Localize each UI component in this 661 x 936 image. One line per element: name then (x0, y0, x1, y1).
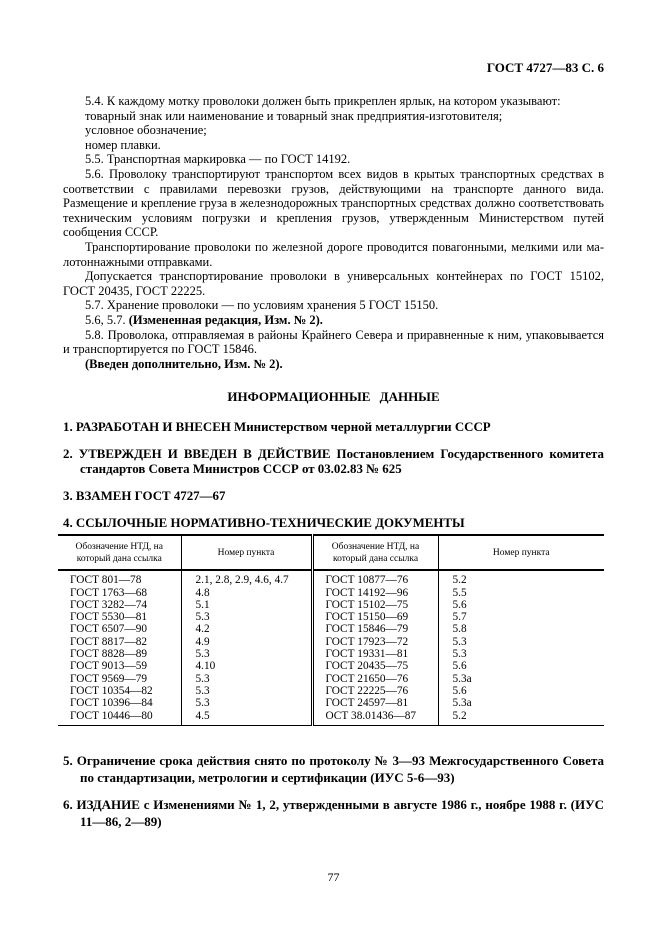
cell-ntd: ГОСТ 19331—81 (312, 648, 438, 660)
cell-punkt: 5.3 (438, 648, 604, 660)
para-5-4-item-1: товарный знак или наименование и товарны… (63, 109, 604, 124)
table-row: ГОСТ 3282—74 5.1 ГОСТ 15102—75 5.6 (58, 599, 604, 611)
para-5-4-item-2: условное обозначение; (63, 123, 604, 138)
amendment-note: (Измененная редакция, Изм. № 2). (129, 313, 323, 327)
cell-ntd: ГОСТ 15846—79 (312, 623, 438, 635)
info-item-5-number: 5. (63, 753, 73, 768)
table-header-row: Обозначение НТД, на который дана ссылка … (58, 535, 604, 570)
cell-punkt: 5.3 (181, 673, 312, 685)
cell-punkt: 5.3 (181, 685, 312, 697)
table-row: ГОСТ 10446—80 4.5 ОСТ 38.01436—87 5.2 (58, 710, 604, 726)
cell-punkt: 5.2 (438, 710, 604, 726)
cell-ntd: ГОСТ 22225—76 (312, 685, 438, 697)
info-item-2-text: УТВЕРЖДЕН И ВВЕДЕН В ДЕЙСТВИЕ Постановле… (79, 447, 604, 476)
cell-ntd: ГОСТ 9013—59 (58, 660, 181, 672)
table-row: ГОСТ 6507—90 4.2 ГОСТ 15846—79 5.8 (58, 623, 604, 635)
cell-ntd: ГОСТ 8817—82 (58, 636, 181, 648)
cell-punkt: 4.5 (181, 710, 312, 726)
info-item-1-text: РАЗРАБОТАН И ВНЕСЕН Министерством черной… (76, 420, 491, 434)
para-5-8: 5.8. Проволока, отправляемая в районы Кр… (63, 328, 604, 357)
cell-punkt: 5.6 (438, 599, 604, 611)
cell-ntd: ГОСТ 1763—68 (58, 587, 181, 599)
info-item-4-number: 4. (63, 516, 73, 530)
page-number: 77 (63, 870, 604, 885)
info-item-4-text: ССЫЛОЧНЫЕ НОРМАТИВНО-ТЕХНИЧЕСКИЕ ДОКУМЕН… (76, 516, 465, 530)
table-row: ГОСТ 801—78 2.1, 2.8, 2.9, 4.6, 4.7 ГОСТ… (58, 570, 604, 586)
para-5-6-containers: Допускается транспортирование проволоки … (63, 269, 604, 298)
info-item-3-number: 3. (63, 489, 73, 503)
header-punkt-right: Номер пункта (438, 535, 604, 570)
table-row: ГОСТ 9569—79 5.3 ГОСТ 21650—76 5.3а (58, 673, 604, 685)
table-row: ГОСТ 8817—82 4.9 ГОСТ 17923—72 5.3 (58, 636, 604, 648)
cell-punkt: 4.2 (181, 623, 312, 635)
table-body: ГОСТ 801—78 2.1, 2.8, 2.9, 4.6, 4.7 ГОСТ… (58, 570, 604, 725)
cell-punkt: 5.3 (181, 697, 312, 709)
cell-ntd: ГОСТ 17923—72 (312, 636, 438, 648)
info-item-2: 2. УТВЕРЖДЕН И ВВЕДЕН В ДЕЙСТВИЕ Постано… (63, 447, 604, 477)
cell-ntd: ГОСТ 5530—81 (58, 611, 181, 623)
cell-punkt: 5.3а (438, 697, 604, 709)
cell-ntd: ГОСТ 3282—74 (58, 599, 181, 611)
cell-punkt: 5.1 (181, 599, 312, 611)
cell-punkt: 5.3а (438, 673, 604, 685)
info-item-2-number: 2. (63, 447, 73, 461)
cell-punkt: 5.5 (438, 587, 604, 599)
table-row: ГОСТ 5530—81 5.3 ГОСТ 15150—69 5.7 (58, 611, 604, 623)
para-5-8-note: (Введен дополнительно, Изм. № 2). (63, 357, 604, 372)
cell-ntd: ГОСТ 10396—84 (58, 697, 181, 709)
info-item-6-number: 6. (63, 797, 73, 812)
cell-punkt: 5.3 (181, 648, 312, 660)
info-data-heading: ИНФОРМАЦИОННЫЕ ДАННЫЕ (63, 389, 604, 404)
cell-ntd: ГОСТ 10354—82 (58, 685, 181, 697)
table-row: ГОСТ 9013—59 4.10 ГОСТ 20435—75 5.6 (58, 660, 604, 672)
cell-ntd: ГОСТ 20435—75 (312, 660, 438, 672)
cell-punkt: 4.8 (181, 587, 312, 599)
cell-punkt: 5.3 (438, 636, 604, 648)
info-item-4: 4. ССЫЛОЧНЫЕ НОРМАТИВНО-ТЕХНИЧЕСКИЕ ДОКУ… (63, 516, 604, 531)
para-5-4-item-3: номер плавки. (63, 138, 604, 153)
cell-ntd: ГОСТ 21650—76 (312, 673, 438, 685)
cell-punkt: 5.8 (438, 623, 604, 635)
para-5-7: 5.7. Хранение проволоки — по условиям хр… (63, 298, 604, 313)
cell-punkt: 5.3 (181, 611, 312, 623)
para-5-5: 5.5. Транспортная маркировка — по ГОСТ 1… (63, 152, 604, 167)
cell-ntd: ГОСТ 6507—90 (58, 623, 181, 635)
cell-ntd: ГОСТ 15102—75 (312, 599, 438, 611)
header-ntd-left: Обозначение НТД, на который дана ссылка (58, 535, 181, 570)
para-5-6: 5.6. Проволоку транспортируют транспорто… (63, 167, 604, 240)
para-5-4: 5.4. К каждому мотку проволоки должен бы… (63, 94, 604, 109)
document-page: ГОСТ 4727—83 С. 6 5.4. К каждому мотку п… (0, 0, 661, 936)
reference-documents-table: Обозначение НТД, на который дана ссылка … (58, 534, 604, 726)
info-item-6: 6. ИЗДАНИЕ с Изменениями № 1, 2, утвержд… (63, 796, 604, 830)
cell-punkt: 5.6 (438, 660, 604, 672)
cell-ntd: ГОСТ 24597—81 (312, 697, 438, 709)
cell-ntd: ОСТ 38.01436—87 (312, 710, 438, 726)
cell-punkt: 5.7 (438, 611, 604, 623)
info-item-1-number: 1. (63, 420, 73, 434)
table-row: ГОСТ 10396—84 5.3 ГОСТ 24597—81 5.3а (58, 697, 604, 709)
info-item-3: 3. ВЗАМЕН ГОСТ 4727—67 (63, 489, 604, 504)
cell-ntd: ГОСТ 8828—89 (58, 648, 181, 660)
table-row: ГОСТ 1763—68 4.8 ГОСТ 14192—96 5.5 (58, 587, 604, 599)
cell-punkt: 5.6 (438, 685, 604, 697)
amendment-prefix: 5.6, 5.7. (85, 313, 129, 327)
cell-ntd: ГОСТ 10446—80 (58, 710, 181, 726)
info-item-6-text: ИЗДАНИЕ с Изменениями № 1, 2, утвержденн… (77, 797, 604, 829)
info-item-5-text: Ограничение срока действия снято по прот… (77, 753, 604, 785)
cell-ntd: ГОСТ 9569—79 (58, 673, 181, 685)
table-row: ГОСТ 8828—89 5.3 ГОСТ 19331—81 5.3 (58, 648, 604, 660)
table-header: Обозначение НТД, на который дана ссылка … (58, 535, 604, 570)
running-header: ГОСТ 4727—83 С. 6 (63, 61, 604, 75)
cell-punkt: 4.10 (181, 660, 312, 672)
cell-punkt: 2.1, 2.8, 2.9, 4.6, 4.7 (181, 570, 312, 586)
header-punkt-left: Номер пункта (181, 535, 312, 570)
cell-ntd: ГОСТ 801—78 (58, 570, 181, 586)
para-5-6-rail: Транспортирование проволоки по железной … (63, 240, 604, 269)
table-row: ГОСТ 10354—82 5.3 ГОСТ 22225—76 5.6 (58, 685, 604, 697)
header-ntd-right: Обозначение НТД, на который дана ссылка (312, 535, 438, 570)
section-5-text: 5.4. К каждому мотку проволоки должен бы… (63, 94, 604, 371)
cell-ntd: ГОСТ 15150—69 (312, 611, 438, 623)
info-item-1: 1. РАЗРАБОТАН И ВНЕСЕН Министерством чер… (63, 420, 604, 435)
cell-ntd: ГОСТ 10877—76 (312, 570, 438, 586)
cell-punkt: 4.9 (181, 636, 312, 648)
cell-punkt: 5.2 (438, 570, 604, 586)
cell-ntd: ГОСТ 14192—96 (312, 587, 438, 599)
para-5-6-5-7-amendment: 5.6, 5.7. (Измененная редакция, Изм. № 2… (63, 313, 604, 328)
info-item-5: 5. Ограничение срока действия снято по п… (63, 752, 604, 786)
info-item-3-text: ВЗАМЕН ГОСТ 4727—67 (76, 489, 225, 503)
